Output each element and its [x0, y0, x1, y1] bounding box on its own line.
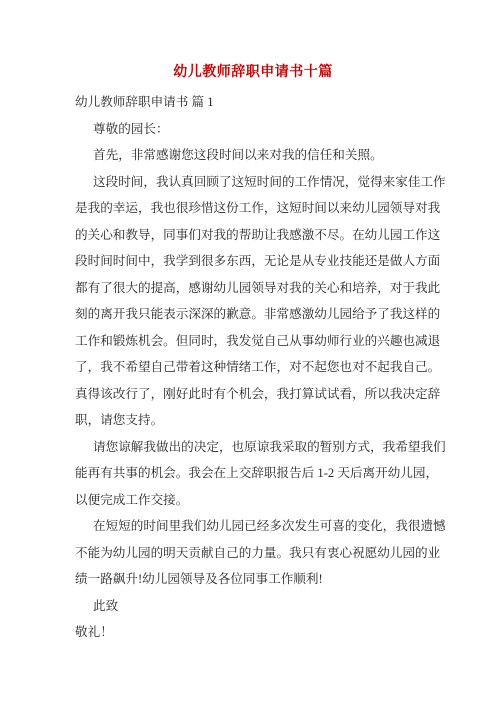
- text-line: 的关心和教导，同事们对我的帮助让我感激不尽。在幼儿园工作这: [75, 222, 431, 249]
- text-line: 不能为幼儿园的明天贡献自己的力量。我只有衷心祝愿幼儿园的业: [75, 540, 431, 567]
- text-line: 都有了很大的提高，感谢幼儿园领导对我的关心和培养，对于我此: [75, 275, 431, 302]
- document-page: 幼儿教师辞职申请书十篇 幼儿教师辞职申请书 篇 1 尊敬的园长：首先，非常感谢您…: [0, 0, 500, 707]
- page-title: 幼儿教师辞职申请书十篇: [75, 63, 431, 83]
- text-line: 能再有共事的机会。我会在上交辞职报告后 1-2 天后离开幼儿园，: [75, 460, 431, 487]
- text-line: 此致: [75, 593, 431, 620]
- paragraph-list: 尊敬的园长：首先，非常感谢您这段时间以来对我的信任和关照。这段时间，我认真回顾了…: [75, 116, 431, 646]
- text-line: 敬礼！: [75, 619, 431, 646]
- text-line: 在短短的时间里我们幼儿园已经多次发生可喜的变化，我很遗憾: [75, 513, 431, 540]
- text-line: 段时间时间中，我学到很多东西，无论是从专业技能还是做人方面: [75, 248, 431, 275]
- text-line: 职，请您支持。: [75, 407, 431, 434]
- document-body: 幼儿教师辞职申请书 篇 1 尊敬的园长：首先，非常感谢您这段时间以来对我的信任和…: [75, 89, 431, 646]
- text-line: 尊敬的园长：: [75, 116, 431, 143]
- text-line: 刻的离开我只能表示深深的歉意。非常感激幼儿园给予了我这样的: [75, 301, 431, 328]
- section-heading: 幼儿教师辞职申请书 篇 1: [75, 89, 431, 116]
- text-line: 这段时间，我认真回顾了这短时间的工作情况，觉得来家佳工作: [75, 169, 431, 196]
- text-line: 真得该改行了，刚好此时有个机会，我打算试试看，所以我决定辞: [75, 381, 431, 408]
- text-line: 绩一路飙升!幼儿园领导及各位同事工作顺利!: [75, 566, 431, 593]
- text-line: 是我的幸运，我也很珍惜这份工作，这短时间以来幼儿园领导对我: [75, 195, 431, 222]
- text-line: 以便完成工作交接。: [75, 487, 431, 514]
- text-line: 请您谅解我做出的决定，也原谅我采取的暂别方式，我希望我们: [75, 434, 431, 461]
- text-line: 了，我不希望自己带着这种情绪工作，对不起您也对不起我自己。: [75, 354, 431, 381]
- text-line: 工作和锻炼机会。但同时，我发觉自己从事幼师行业的兴趣也减退: [75, 328, 431, 355]
- text-line: 首先，非常感谢您这段时间以来对我的信任和关照。: [75, 142, 431, 169]
